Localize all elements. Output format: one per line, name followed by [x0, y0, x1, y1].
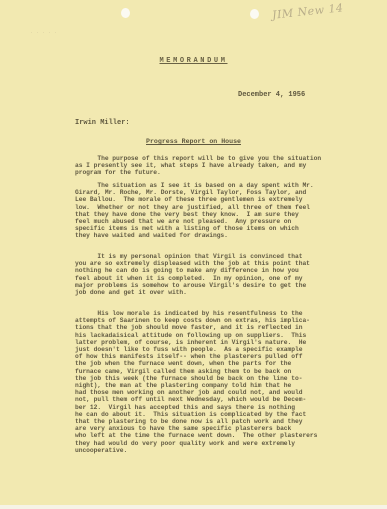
- punch-hole: [121, 8, 130, 18]
- paragraph-opinion: It is my personal opinion that Virgil is…: [75, 253, 337, 296]
- memo-title: MEMORANDUM: [0, 57, 387, 65]
- handwritten-note: JIM New 14: [272, 1, 345, 21]
- paragraph-situation: The situation as I see it is based on a …: [75, 182, 337, 240]
- memo-subject: Progress Report on House: [0, 138, 387, 145]
- memo-page: · · · · · JIM New 14 MEMORANDUM December…: [0, 0, 387, 505]
- paragraph-morale: His low morale is indicated by his resen…: [75, 310, 337, 454]
- punch-hole: [250, 9, 259, 19]
- faint-stamp-mark: · · · · ·: [30, 30, 57, 36]
- paragraph-purpose: The purpose of this report will be to gi…: [75, 155, 337, 177]
- memo-salutation: Irwin Miller:: [75, 119, 130, 127]
- memo-date: December 4, 1956: [238, 91, 305, 99]
